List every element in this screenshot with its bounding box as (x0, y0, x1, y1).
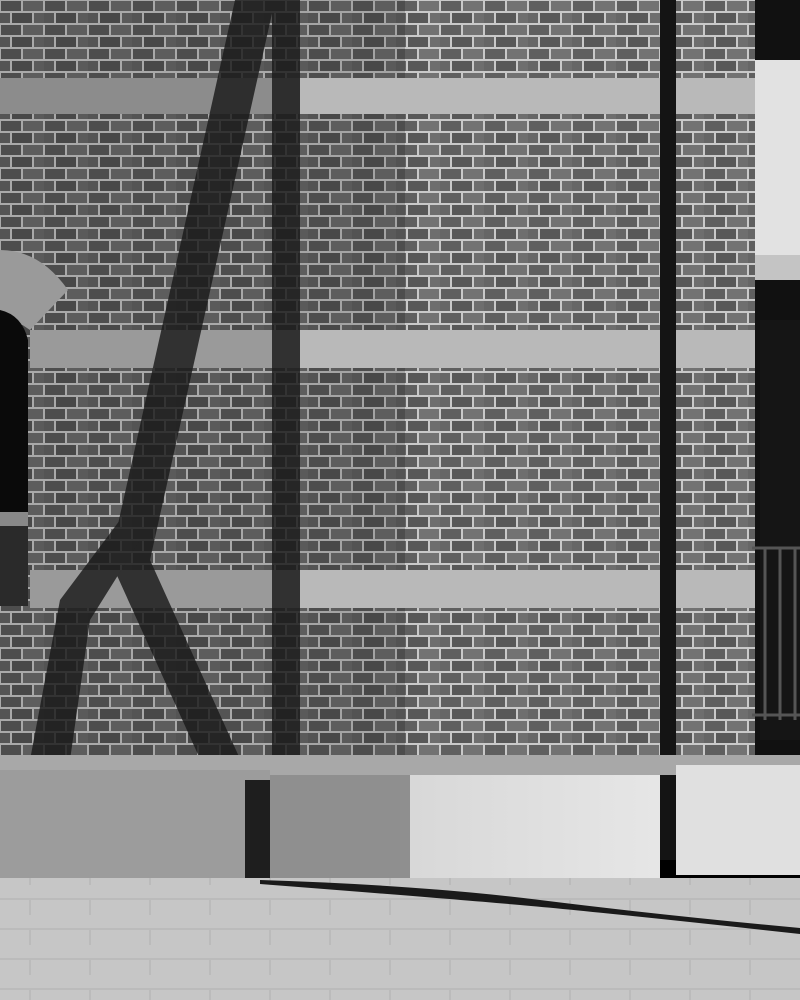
drainpipe (660, 0, 676, 860)
stone-plinth (0, 755, 800, 885)
photo-scene (0, 0, 800, 1000)
doorway (755, 0, 800, 760)
pavement (0, 878, 800, 1000)
